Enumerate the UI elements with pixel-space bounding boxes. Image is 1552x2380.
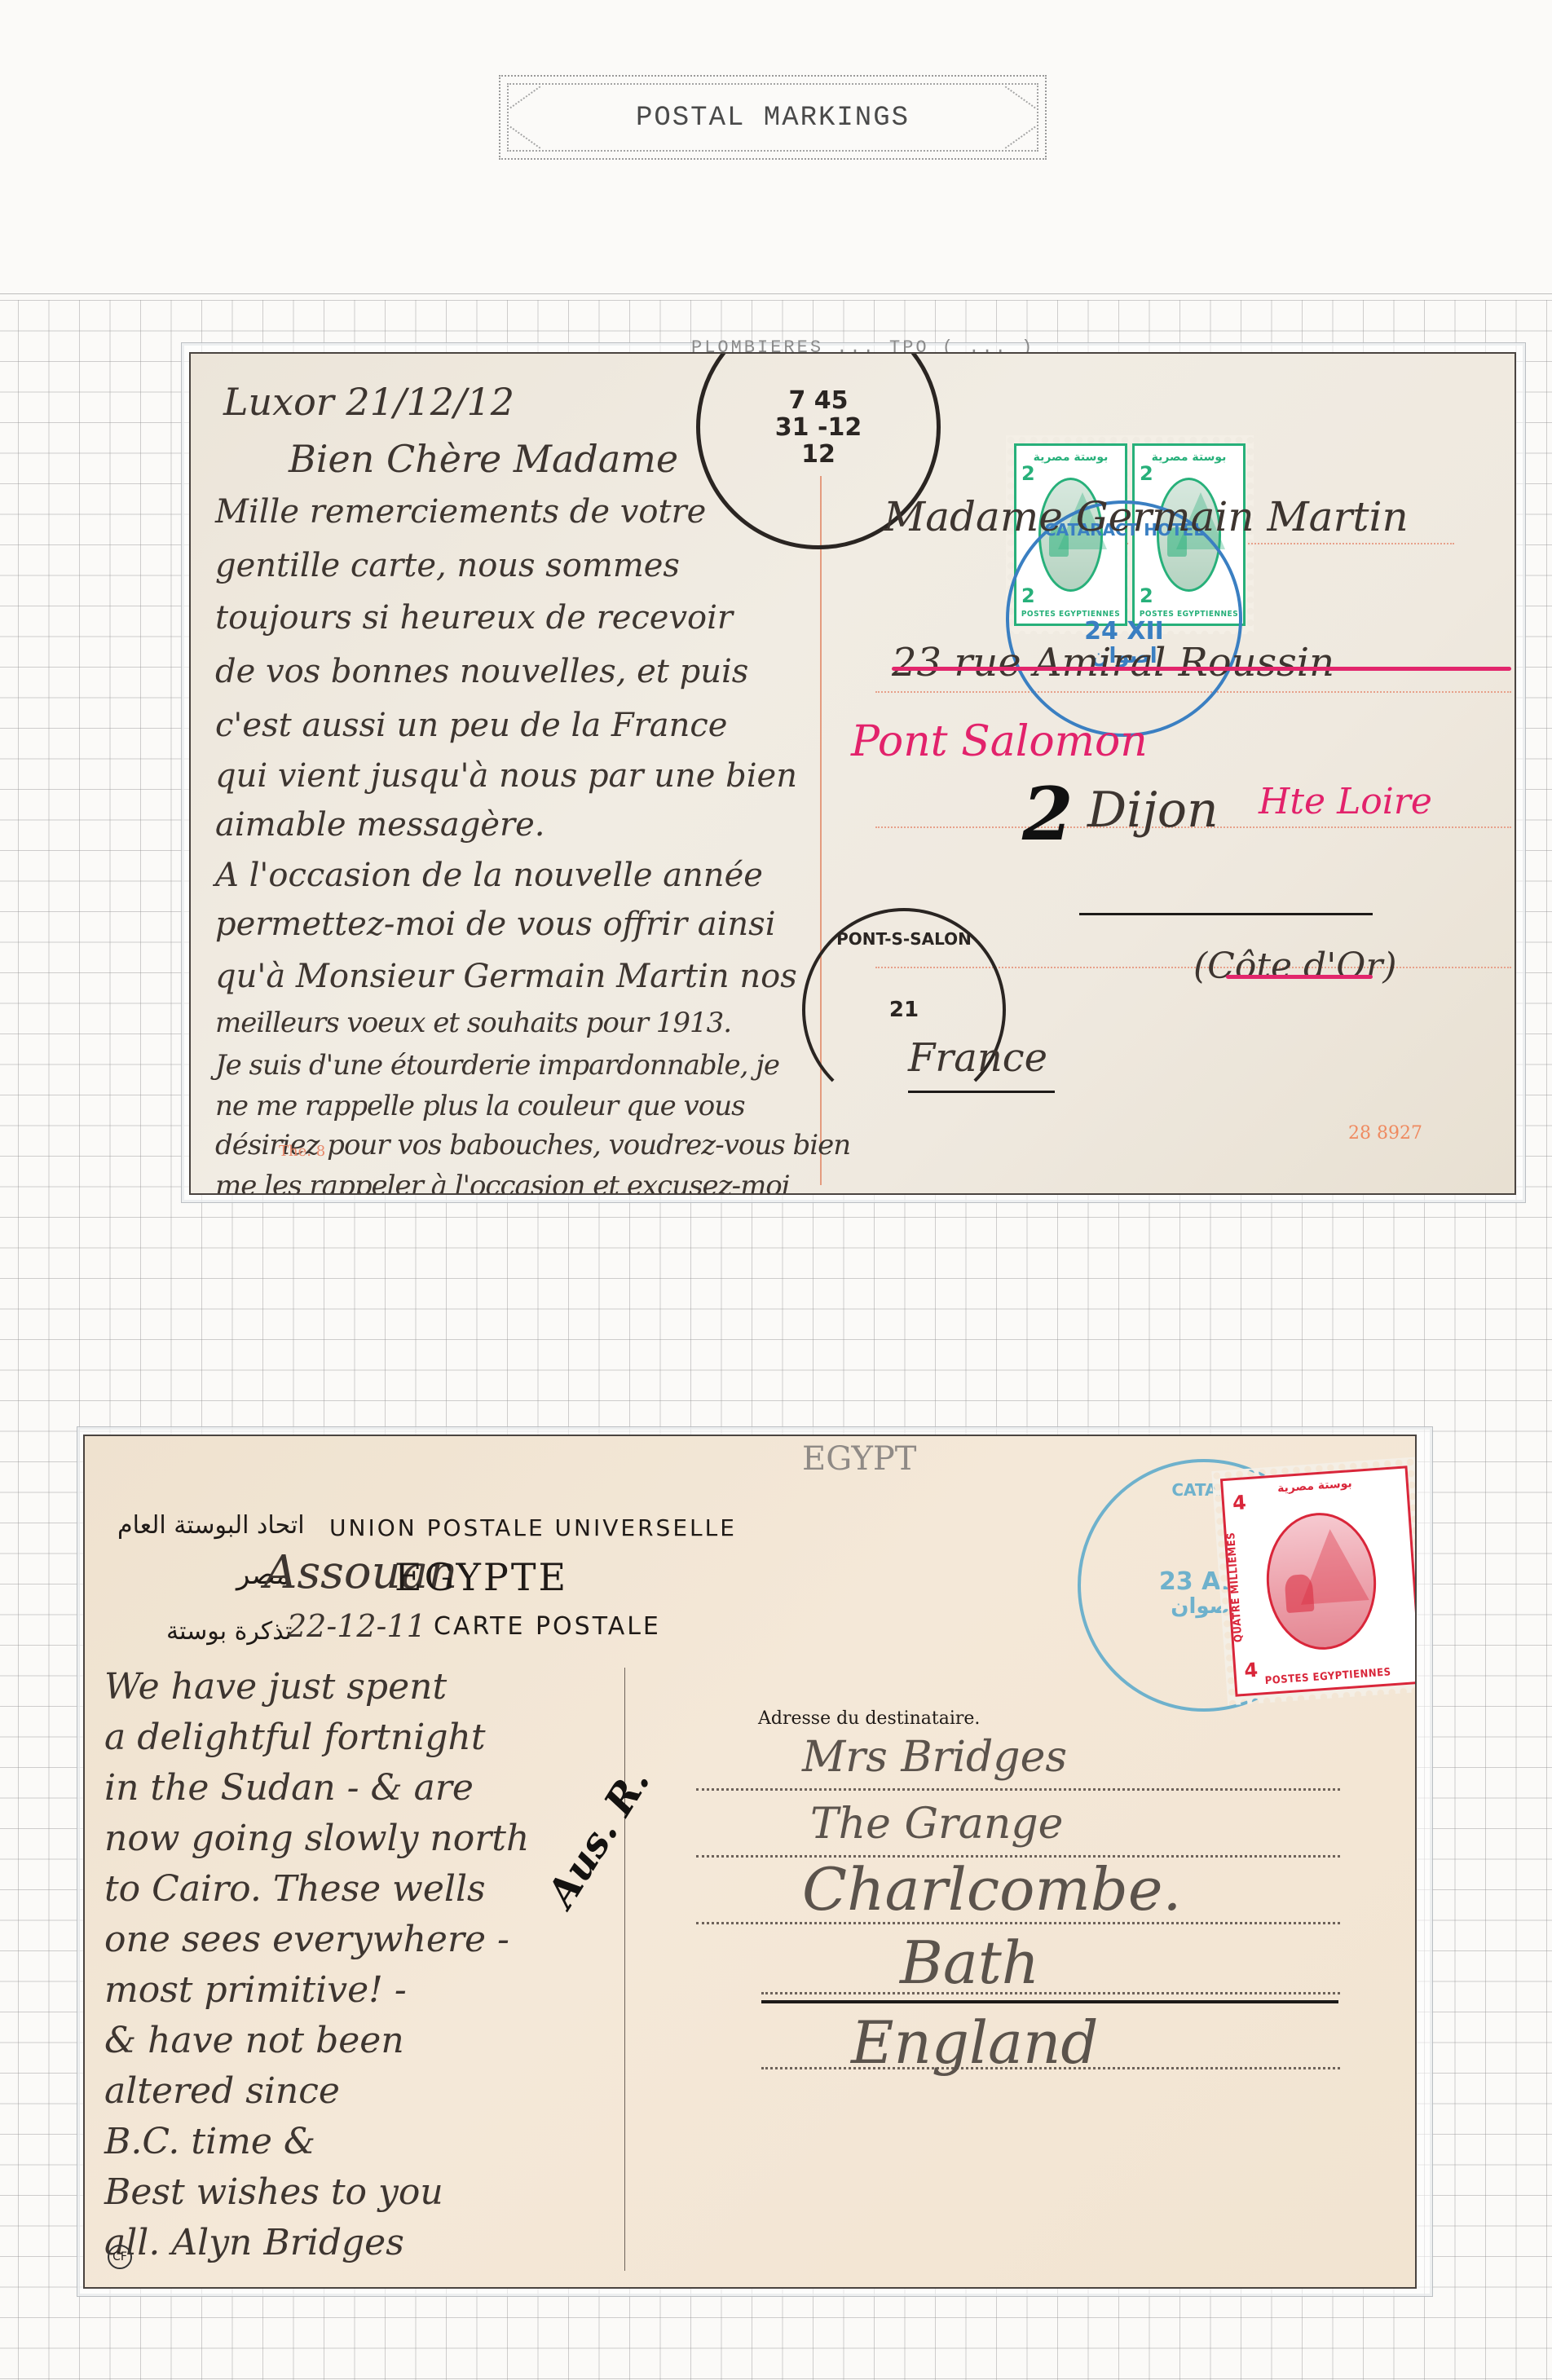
card2-address-line-4 bbox=[761, 1992, 1340, 1994]
pont-salomon-postmark: PONT-S-SALON 21 bbox=[802, 908, 1006, 1112]
pencil-note-egypt: EGYPT bbox=[802, 1443, 916, 1475]
card2-message-line: all. Alyn Bridges bbox=[104, 2225, 404, 2261]
card1-department-strikethrough bbox=[1226, 975, 1373, 979]
card1-message-line: toujours si heureux de recevoir bbox=[215, 602, 733, 634]
card2-address-line: England bbox=[851, 2013, 1098, 2072]
card2-message-line: a delightful fortnight bbox=[104, 1720, 486, 1756]
card1-message-line: ne me rappelle plus la couleur que vous bbox=[215, 1092, 745, 1120]
card1-message-line: permettez-moi de vous offrir ainsi bbox=[215, 908, 776, 941]
card1-redirect-pont-salomon: Pont Salomon bbox=[851, 721, 1148, 763]
card1-message-line: c'est aussi un peu de la France bbox=[215, 709, 727, 742]
card1-address-recipient: Madame Germain Martin bbox=[884, 496, 1409, 537]
stamp-side-label: QUATRE MILLIEMES bbox=[1229, 1587, 1241, 1588]
header-carte-postale: CARTE POSTALE bbox=[434, 1612, 661, 1641]
card2-message-line: altered since bbox=[104, 2074, 340, 2109]
header-arabic-carte-postale: تذكرة بوستة bbox=[166, 1617, 292, 1646]
stamp-face: بوستة مصرية 4 4 QUATRE MILLIEMES POSTES … bbox=[1220, 1465, 1417, 1696]
card1-address-department: (Côte d'Or) bbox=[1193, 949, 1397, 985]
stamp-arabic-top: بوستة مصرية bbox=[1276, 1477, 1352, 1495]
stamp-4-milliemes: بوستة مصرية 4 4 QUATRE MILLIEMES POSTES … bbox=[1211, 1457, 1417, 1706]
postmark-date: 21 bbox=[889, 998, 919, 1022]
card1-salutation: Bien Chère Madame bbox=[289, 440, 678, 478]
card2-message-line: in the Sudan - & are bbox=[104, 1770, 474, 1806]
stamp-label: POSTES EGYPTIENNES bbox=[1264, 1666, 1391, 1687]
address-label: Adresse du destinataire. bbox=[758, 1708, 980, 1729]
card1-divider bbox=[820, 476, 822, 1185]
postmark-date: 31 -12 bbox=[775, 414, 862, 441]
card1-message-line: A l'occasion de la nouvelle année bbox=[215, 859, 763, 892]
card2-address-line: Mrs Bridges bbox=[802, 1736, 1067, 1778]
card1-message-line: qui vient jusqu'à nous par une bien bbox=[215, 760, 797, 792]
card1-message-line: de vos bonnes nouvelles, et puis bbox=[215, 655, 748, 688]
card2-address-line: Bath bbox=[900, 1933, 1039, 1992]
tax-mark-2: 2 bbox=[1022, 778, 1074, 851]
grid-top-border bbox=[0, 293, 1552, 296]
postcard-assouan: اتحاد البوستة العام UNION POSTALE UNIVER… bbox=[83, 1435, 1417, 2289]
postmark-ring-text: PONT-S-SALON bbox=[836, 929, 972, 949]
stamp-arabic-top: بوستة مصرية bbox=[1152, 451, 1227, 464]
card2-message-line: now going slowly north bbox=[104, 1821, 529, 1857]
date-written: 22-12-11 bbox=[287, 1611, 426, 1642]
card1-country-underline bbox=[908, 1091, 1055, 1093]
card2-message-line: most primitive! - bbox=[104, 1972, 407, 2008]
card1-address-underline bbox=[1079, 913, 1373, 915]
postmark-year: 12 bbox=[801, 441, 836, 468]
header-egypte: EGYPTE bbox=[395, 1555, 568, 1599]
card2-address-line: The Grange bbox=[810, 1803, 1063, 1845]
handwritten-cancel-aus: Aus. R. bbox=[541, 1762, 656, 1914]
card1-message-line: aimable messagère. bbox=[215, 809, 545, 841]
header-arabic-upu: اتحاد البوستة العام bbox=[117, 1511, 305, 1540]
card2-message-line: We have just spent bbox=[104, 1669, 447, 1705]
stamp-value: 4 bbox=[1232, 1491, 1247, 1514]
page-title-frame: POSTAL MARKINGS bbox=[499, 75, 1047, 160]
publisher-logo-cf: CF bbox=[108, 2245, 132, 2269]
card1-redirect-haute-loire: Hte Loire bbox=[1259, 784, 1432, 820]
card2-address-line-1 bbox=[696, 1788, 1340, 1791]
card2-divider bbox=[624, 1668, 625, 2271]
card1-message-line: meilleurs voeux et souhaits pour 1913. bbox=[215, 1009, 731, 1037]
card1-street-strikethrough bbox=[892, 667, 1511, 671]
card2-message-line: & have not been bbox=[104, 2023, 404, 2059]
postcard-luxor: Luxor 21/12/12Bien Chère MadameMille rem… bbox=[189, 352, 1516, 1195]
header-upu: UNION POSTALE UNIVERSELLE bbox=[329, 1514, 737, 1541]
sphinx-icon bbox=[1285, 1573, 1315, 1612]
card2-address-solid-rule bbox=[761, 2000, 1338, 2003]
card1-message-line: Je suis d'une étourderie impardonnable, … bbox=[215, 1051, 779, 1079]
card1-message-line: qu'à Monsieur Germain Martin nos bbox=[215, 960, 797, 993]
card1-card-number: 28 8927 bbox=[1348, 1123, 1422, 1144]
card1-publisher-mark: The. 8 bbox=[279, 1143, 325, 1160]
card1-message-line: gentille carte, nous sommes bbox=[215, 549, 680, 582]
stamp-value: 4 bbox=[1243, 1659, 1259, 1682]
stamp-arabic-top: بوستة مصرية bbox=[1034, 451, 1109, 464]
page-title: POSTAL MARKINGS bbox=[500, 103, 1045, 134]
card1-place-date: Luxor 21/12/12 bbox=[223, 383, 514, 421]
stamp-value: 2 bbox=[1021, 462, 1035, 485]
card1-message-line: me les rappeler à l'occasion et excusez-… bbox=[215, 1172, 790, 1195]
postmark-time: 7 45 bbox=[788, 387, 848, 414]
card1-address-city: Dijon bbox=[1087, 786, 1219, 835]
card1-message-line: Mille remerciements de votre bbox=[215, 496, 706, 528]
card2-message-line: Best wishes to you bbox=[104, 2175, 443, 2210]
stamp-value: 2 bbox=[1140, 462, 1153, 485]
card2-message-line: to Cairo. These wells bbox=[104, 1871, 486, 1907]
card1-address-street: 23 rue Amiral Roussin bbox=[892, 643, 1334, 682]
card2-address-line: Charlcombe. bbox=[802, 1860, 1181, 1919]
card2-message-line: B.C. time & bbox=[104, 2124, 315, 2160]
card2-message-line: one sees everywhere - bbox=[104, 1922, 509, 1958]
card1-address-country: France bbox=[908, 1038, 1047, 1078]
